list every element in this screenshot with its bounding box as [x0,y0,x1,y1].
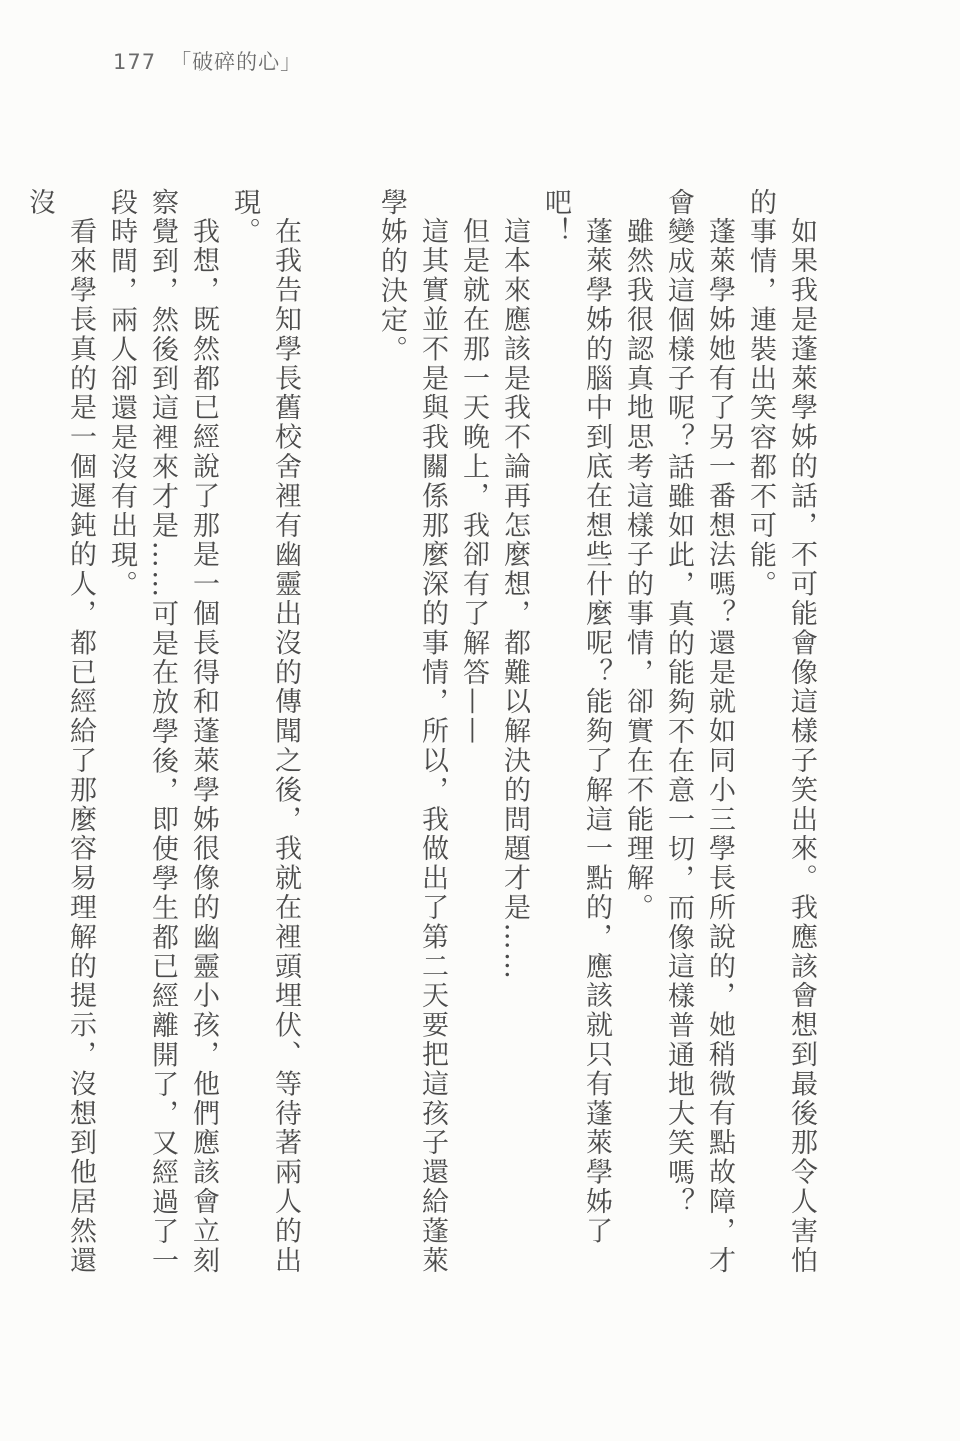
paragraph: 在我告知學長舊校舍裡有幽靈出沒的傳聞之後，我就在裡頭埋伏、等待著兩人的出現。 [224,188,306,1305]
text-section-1: 如果我是蓬萊學姊的話，不可能會像這樣子笑出來。我應該會想到最後那令人害怕的事情，… [371,188,822,1305]
paragraph: 這本來應該是我不論再怎麼想，都難以解決的問題才是…… [494,188,535,1305]
text-section-2: 在我告知學長舊校舍裡有幽靈出沒的傳聞之後，我就在裡頭埋伏、等待著兩人的出現。 我… [19,188,306,1305]
paragraph: 如果我是蓬萊學姊的話，不可能會像這樣子笑出來。我應該會想到最後那令人害怕的事情，… [740,188,822,1305]
paragraph: 但是就在那一天晚上，我卻有了解答—— [453,188,494,1305]
paragraph: 這其實並不是與我關係那麼深的事情，所以，我做出了第二天要把這孩子還給蓬萊學姊的決… [371,188,453,1305]
vertical-text-block: 如果我是蓬萊學姊的話，不可能會像這樣子笑出來。我應該會想到最後那令人害怕的事情，… [19,188,822,1305]
paragraph: 蓬萊學姊她有了另一番想法嗎？還是就如同小三學長所說的，她稍微有點故障，才會變成這… [658,188,740,1305]
paragraph: 雖然我很認真地思考這樣子的事情，卻實在不能理解。 [617,188,658,1305]
book-page: 177「破碎的心」 如果我是蓬萊學姊的話，不可能會像這樣子笑出來。我應該會想到最… [0,0,960,1441]
chapter-title: 「破碎的心」 [170,50,302,74]
running-head: 177「破碎的心」 [113,46,302,76]
page-number: 177 [113,50,156,74]
paragraph: 蓬萊學姊的腦中到底在想些什麼呢？能夠了解這一點的，應該就只有蓬萊學姊了吧！ [535,188,617,1305]
paragraph: 我想，既然都已經說了那是一個長得和蓬萊學姊很像的幽靈小孩，他們應該會立刻察覺到，… [101,188,224,1305]
paragraph: 看來學長真的是一個遲鈍的人，都已經給了那麼容易理解的提示，沒想到他居然還沒 [19,188,101,1305]
